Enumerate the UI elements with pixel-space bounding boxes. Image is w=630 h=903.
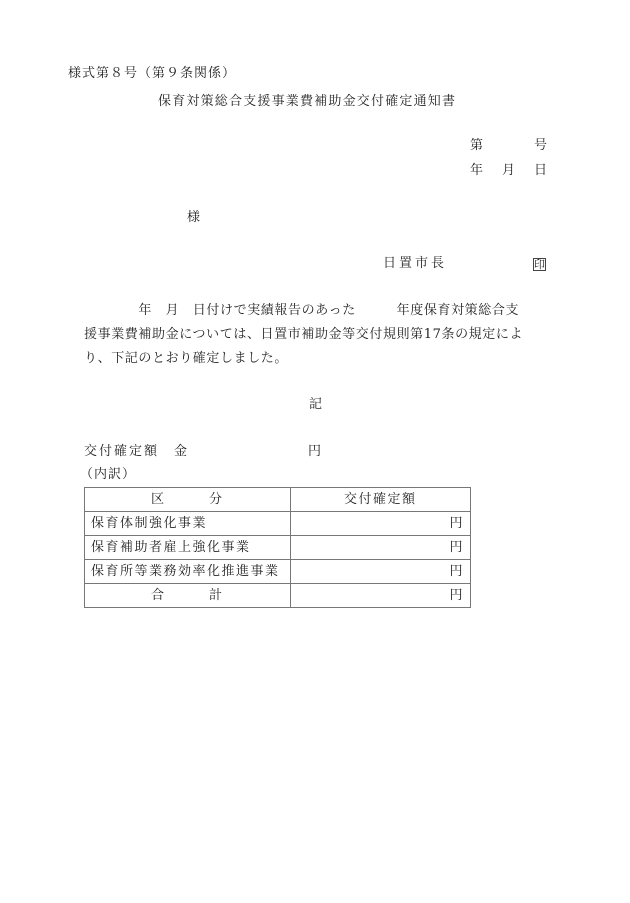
document-title: 保育対策総合支援事業費補助金交付確定通知書 [158,94,456,110]
table-row: 保育体制強化事業 円 [85,512,471,536]
date-month: 月 [502,163,515,179]
issuer-name: 日置市長 [383,256,447,272]
table-row: 保育補助者雇上強化事業 円 [85,536,471,560]
confirmed-amount-label: 交付確定額 [84,444,159,460]
total-label: 合 計 [85,584,291,608]
total-amount-unit: 円 [290,584,470,608]
table-total-row: 合 計 円 [85,584,471,608]
ki-heading: 記 [309,397,322,413]
amount-yen-unit: 円 [308,444,321,460]
body-line-2: 援事業費補助金については、日置市補助金等交付規則第17条の規定によ [84,323,564,347]
date-year: 年 [470,163,483,179]
date-day: 日 [534,163,547,179]
row-category: 保育所等業務効率化推進事業 [85,560,291,584]
table-header-row: 区 分 交付確定額 [85,488,471,512]
body-line-3: り、下記のとおり確定しました。 [84,347,564,371]
addressee-honorific: 様 [187,210,200,226]
header-category: 区 分 [85,488,291,512]
breakdown-table: 区 分 交付確定額 保育体制強化事業 円 保育補助者雇上強化事業 円 保育所等業… [84,487,471,608]
table-row: 保育所等業務効率化推進事業 円 [85,560,471,584]
breakdown-label: （内訳） [80,467,136,483]
number-prefix: 第 [470,138,483,154]
row-amount-unit: 円 [290,512,470,536]
row-category: 保育補助者雇上強化事業 [85,536,291,560]
row-amount-unit: 円 [290,560,470,584]
row-category: 保育体制強化事業 [85,512,291,536]
number-suffix: 号 [534,138,547,154]
form-number: 様式第８号（第９条関係） [68,66,236,82]
row-amount-unit: 円 [290,536,470,560]
notice-body: 年 月 日付けで実績報告のあった 年度保育対策総合支 援事業費補助金については、… [84,299,564,371]
amount-kin: 金 [174,444,187,460]
body-line-1: 年 月 日付けで実績報告のあった 年度保育対策総合支 [84,299,564,323]
seal-icon: 印 [533,258,546,271]
header-amount: 交付確定額 [290,488,470,512]
